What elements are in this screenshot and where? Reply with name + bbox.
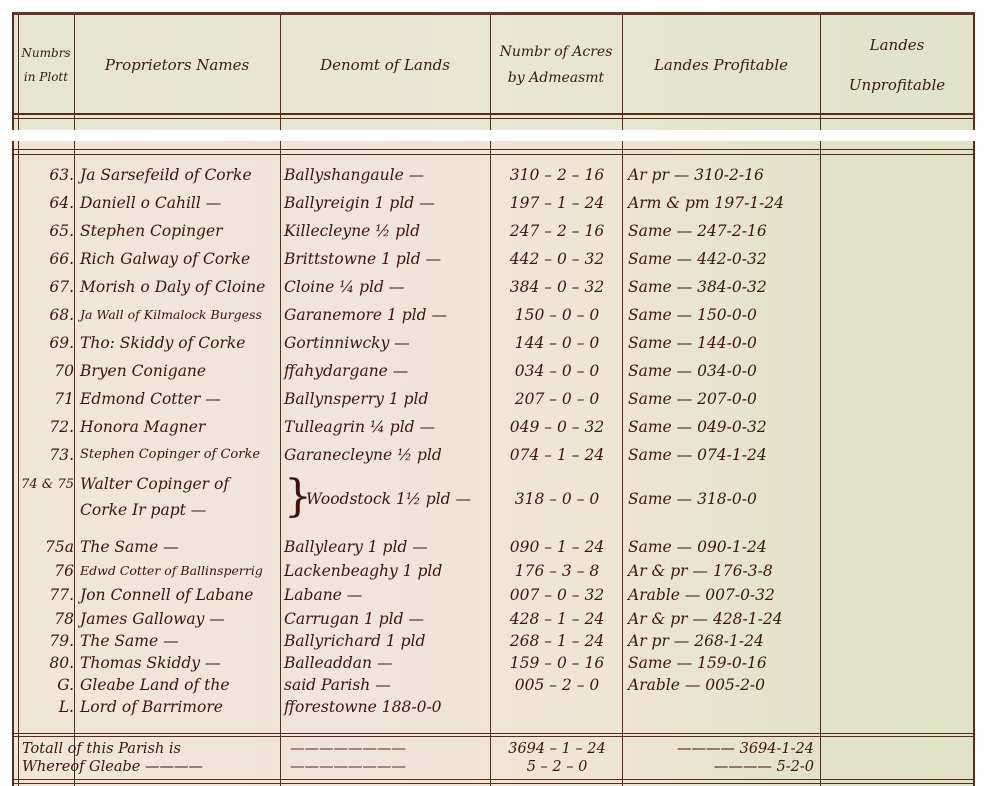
table-row: 78 James Galloway — Carrugan 1 pld — 428… <box>14 605 973 629</box>
glebe-profitable: ———— 5-2-0 <box>634 757 814 777</box>
table-row: 69. Tho: Skiddy of Corke Gortinniwcky — … <box>14 329 973 357</box>
table-header: Numbrs in Plott Proprietors Names Denomt… <box>12 12 975 130</box>
acres-value: 049 – 0 – 32 <box>494 413 620 441</box>
proprietor-name: Daniell o Cahill — <box>78 189 280 217</box>
total-label: Totall of this Parish is <box>22 739 278 759</box>
land-denomination: Brittstowne 1 pld — <box>282 245 490 273</box>
table-row: 73. Stephen Copinger of Corke Garanecley… <box>14 441 973 469</box>
plot-number: 68. <box>20 301 76 329</box>
header-proprietors-names: Proprietors Names <box>76 15 278 115</box>
header-acres: Numbr of Acres by Admeasmt <box>492 15 620 115</box>
profitable-value: Ar pr — 310-2-16 <box>626 161 820 189</box>
plot-number: 63. <box>20 161 76 189</box>
plot-number: 70 <box>20 357 76 385</box>
acres-value: 197 – 1 – 24 <box>494 189 620 217</box>
total-profitable: ———— 3694-1-24 <box>634 739 814 759</box>
glebe-denom-dash: ———————— <box>290 757 486 777</box>
profitable-value: Same — 074-1-24 <box>626 441 820 469</box>
acres-value: 074 – 1 – 24 <box>494 441 620 469</box>
bottom-rule <box>14 779 973 780</box>
table-row: 70 Bryen Conigane ffahydargane — 034 – 0… <box>14 357 973 385</box>
proprietor-name: Ja Sarsefeild of Corke <box>78 161 280 189</box>
land-denomination: Garanemore 1 pld — <box>282 301 490 329</box>
table-row: L. Lord of Barrimore fforestowne 188-0-0 <box>14 693 973 717</box>
total-denom-dash: ———————— <box>290 739 486 759</box>
header-denomination: Denomt of Lands <box>282 15 488 115</box>
header-plot-number: Numbrs in Plott <box>20 15 72 115</box>
glebe-label: Whereof Gleabe ———— <box>22 757 278 777</box>
plot-number: 73. <box>20 441 76 469</box>
header-unprofitable: Landes Unprofitable <box>822 15 972 115</box>
proprietor-name: Lord of Barrimore <box>78 693 280 721</box>
table-row: 72. Honora Magner Tulleagrin ¼ pld — 049… <box>14 413 973 441</box>
table-row: 64. Daniell o Cahill — Ballyreigin 1 pld… <box>14 189 973 217</box>
header-rule <box>14 118 973 119</box>
plot-number: 65. <box>20 217 76 245</box>
profitable-value: Same — 150-0-0 <box>626 301 820 329</box>
profitable-value <box>626 693 820 721</box>
profitable-value: Same — 247-2-16 <box>626 217 820 245</box>
ledger-body: 63. Ja Sarsefeild of Corke Ballyshangaul… <box>12 141 975 786</box>
plot-number: L. <box>20 693 76 721</box>
plot-number: 72. <box>20 413 76 441</box>
bottom-rule <box>14 783 973 784</box>
table-row: 66. Rich Galway of Corke Brittstowne 1 p… <box>14 245 973 273</box>
acres-value: 310 – 2 – 16 <box>494 161 620 189</box>
profitable-value: Same — 144-0-0 <box>626 329 820 357</box>
table-row: 80. Thomas Skiddy — Balleaddan — 159 – 0… <box>14 649 973 673</box>
total-acres: 3694 – 1 – 24 <box>494 739 620 759</box>
acres-value: 150 – 0 – 0 <box>494 301 620 329</box>
table-row: 76 Edwd Cotter of Ballinsperrig Lackenbe… <box>14 557 973 581</box>
land-denomination: Gortinniwcky — <box>282 329 490 357</box>
proprietor-name: Tho: Skiddy of Corke <box>78 329 280 357</box>
acres-value <box>494 693 620 721</box>
acres-value: 034 – 0 – 0 <box>494 357 620 385</box>
acres-value: 207 – 0 – 0 <box>494 385 620 413</box>
profitable-value: Same — 318-0-0 <box>626 485 820 513</box>
acres-value: 384 – 0 – 32 <box>494 273 620 301</box>
profitable-value: Same — 049-0-32 <box>626 413 820 441</box>
acres-value: 442 – 0 – 32 <box>494 245 620 273</box>
proprietor-name: Walter Copinger of Corke Ir papt — <box>78 471 280 527</box>
proprietor-name: Stephen Copinger of Corke <box>78 441 280 469</box>
land-denomination: ffahydargane — <box>282 357 490 385</box>
land-denomination: Woodstock 1½ pld — <box>304 485 490 513</box>
table-row: 74 & 75 Walter Copinger of Corke Ir papt… <box>14 471 973 527</box>
glebe-acres: 5 – 2 – 0 <box>494 757 620 777</box>
profitable-value: Same — 384-0-32 <box>626 273 820 301</box>
profitable-value: Same — 442-0-32 <box>626 245 820 273</box>
proprietor-name: Rich Galway of Corke <box>78 245 280 273</box>
table-row: 65. Stephen Copinger Killecleyne ½ pld 2… <box>14 217 973 245</box>
table-row: 71 Edmond Cotter — Ballynsperry 1 pld 20… <box>14 385 973 413</box>
land-denomination: Garanecleyne ½ pld <box>282 441 490 469</box>
acres-value: 144 – 0 – 0 <box>494 329 620 357</box>
header-profitable: Landes Profitable <box>624 15 818 115</box>
table-row: 63. Ja Sarsefeild of Corke Ballyshangaul… <box>14 161 973 189</box>
table-row: 68. Ja Wall of Kilmalock Burgess Garanem… <box>14 301 973 329</box>
proprietor-name: Honora Magner <box>78 413 280 441</box>
land-denomination: fforestowne 188-0-0 <box>282 693 514 721</box>
proprietor-name: Bryen Conigane <box>78 357 280 385</box>
proprietor-name: Edmond Cotter — <box>78 385 280 413</box>
plot-number: 67. <box>20 273 76 301</box>
top-rule <box>14 154 973 155</box>
proprietor-name: Morish o Daly of Cloine <box>78 273 280 301</box>
land-denomination: Killecleyne ½ pld <box>282 217 490 245</box>
land-denomination: Ballyreigin 1 pld — <box>282 189 490 217</box>
land-denomination: Cloine ¼ pld — <box>282 273 490 301</box>
plot-number: 71 <box>20 385 76 413</box>
profitable-value: Same — 034-0-0 <box>626 357 820 385</box>
top-rule <box>14 149 973 150</box>
profitable-value: Arm & pm 197-1-24 <box>626 189 820 217</box>
land-denomination: Ballynsperry 1 pld <box>282 385 490 413</box>
land-denomination: Ballyshangaule — <box>282 161 490 189</box>
plot-number: 69. <box>20 329 76 357</box>
plot-number: 66. <box>20 245 76 273</box>
acres-value: 318 – 0 – 0 <box>494 485 620 513</box>
plot-number: 64. <box>20 189 76 217</box>
profitable-value: Same — 207-0-0 <box>626 385 820 413</box>
table-row: 79. The Same — Ballyrichard 1 pld 268 – … <box>14 627 973 651</box>
acres-value: 247 – 2 – 16 <box>494 217 620 245</box>
table-row: G. Gleabe Land of the said Parish — 005 … <box>14 671 973 695</box>
totals-rule <box>14 736 973 737</box>
table-row: 77. Jon Connell of Labane Labane — 007 –… <box>14 581 973 605</box>
plot-number: 74 & 75 <box>20 471 76 499</box>
proprietor-name: Ja Wall of Kilmalock Burgess <box>78 301 280 329</box>
proprietor-name: Stephen Copinger <box>78 217 280 245</box>
land-denomination: Tulleagrin ¼ pld — <box>282 413 490 441</box>
table-row: 67. Morish o Daly of Cloine Cloine ¼ pld… <box>14 273 973 301</box>
totals-rule <box>14 733 973 734</box>
